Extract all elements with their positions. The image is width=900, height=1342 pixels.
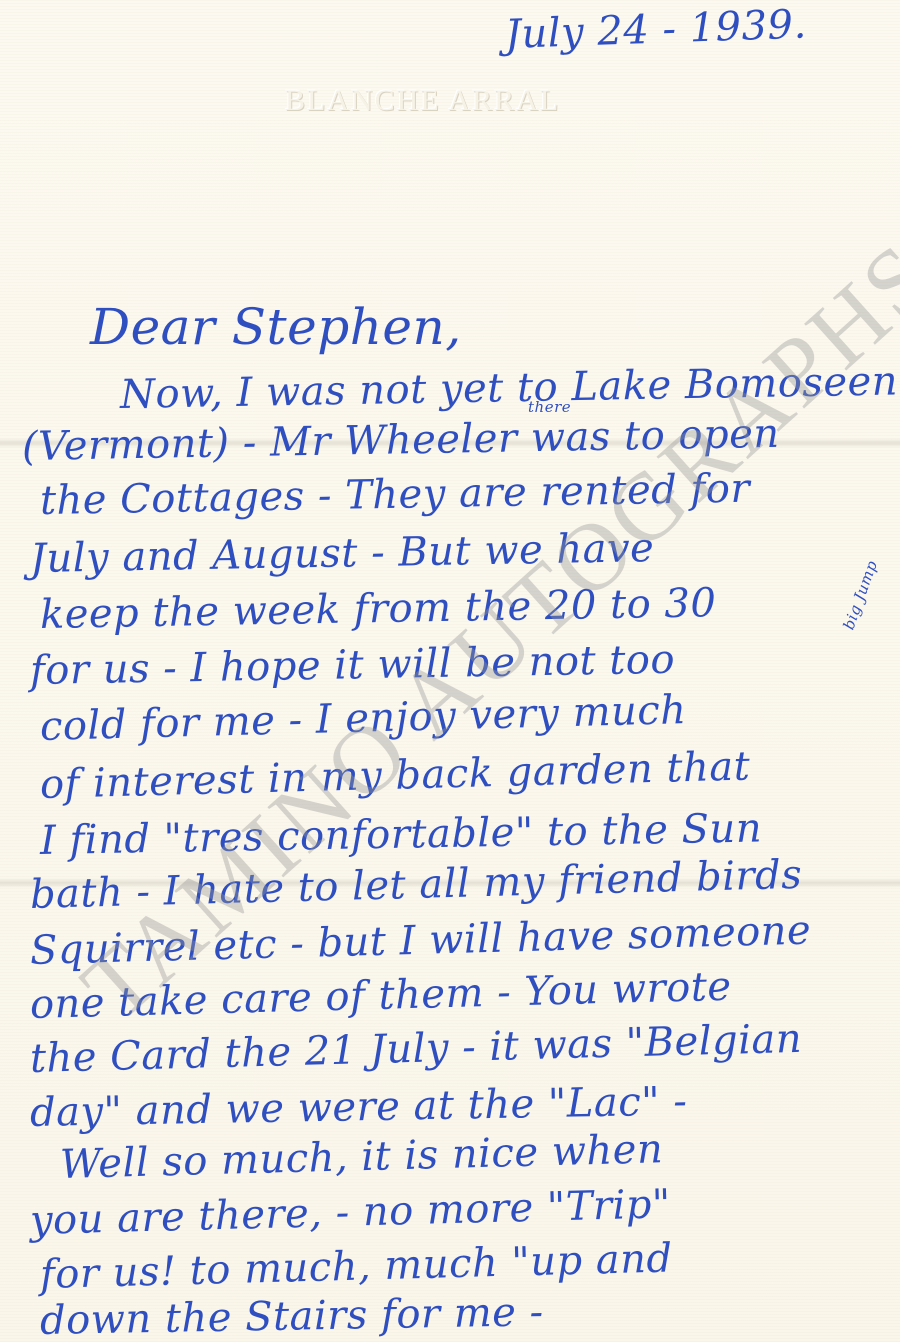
letter-line: the Card the 21 July - it was "Belgian: [29, 1016, 802, 1082]
salutation: Dear Stephen,: [90, 298, 462, 356]
letter-line: down the Stairs for me -: [40, 1289, 544, 1342]
letter-paper: July 24 - 1939. BLANCHE ARRAL Dear Steph…: [0, 0, 900, 1342]
letter-line: cold for me - I enjoy very much: [39, 687, 687, 750]
letter-line: Well so much, it is nice when: [59, 1126, 663, 1188]
letter-date: July 24 - 1939.: [504, 1, 807, 58]
letter-line: July and August - But we have: [30, 525, 655, 582]
letter-line: (Vermont) - Mr Wheeler was to open: [22, 411, 780, 470]
letter-line: for us! to much, much "up and: [39, 1235, 673, 1298]
letter-line: Now, I was not yet to Lake Bomoseen: [120, 358, 899, 418]
letter-line: keep the week from the 20 to 30: [40, 580, 717, 638]
margin-annotation: big Jump: [840, 558, 882, 632]
letter-line: for us - I hope it will be not too: [30, 637, 676, 694]
letter-line: of interest in my back garden that: [39, 743, 750, 808]
letter-line: one take care of them - You wrote: [29, 964, 732, 1028]
embossed-letterhead: BLANCHE ARRAL: [285, 84, 560, 118]
letter-line: the Cottages - They are rented for: [40, 466, 751, 524]
insertion-annotation: there: [528, 398, 571, 416]
letter-line: you are there, - no more "Trip": [29, 1181, 671, 1244]
